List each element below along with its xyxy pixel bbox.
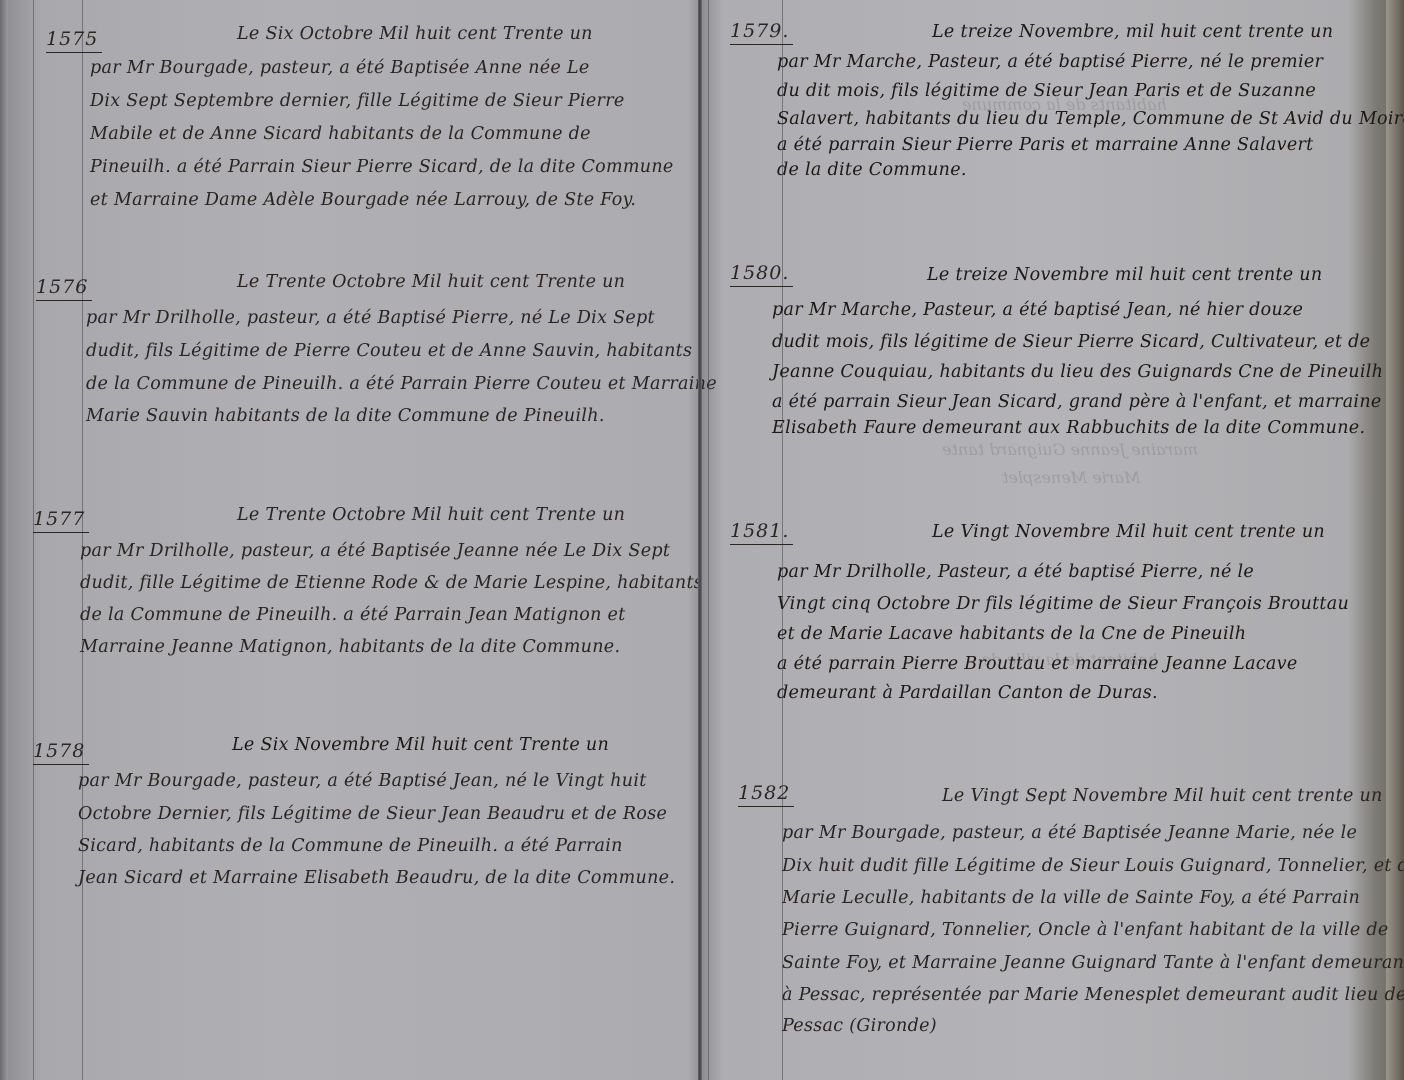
entry-line: Vingt cinq Octobre Dr fils légitime de S…	[777, 594, 1349, 614]
register-spread: 1575 Le Six Octobre Mil huit cent Trente…	[0, 0, 1404, 1080]
entry-line: dudit mois, fils légitime de Sieur Pierr…	[772, 332, 1370, 352]
entry-line: du dit mois, fils légitime de Sieur Jean…	[777, 81, 1316, 101]
left-inner-margin-rule	[82, 0, 83, 1080]
entry-line: a été parrain Pierre Brouttau et marrain…	[777, 654, 1298, 674]
entry-line: et de Marie Lacave habitants de la Cne d…	[777, 624, 1246, 644]
entry-line: Pierre Guignard, Tonnelier, Oncle à l'en…	[782, 920, 1389, 940]
entry-line: Le Trente Octobre Mil huit cent Trente u…	[237, 505, 625, 525]
bleed-through-text: maraine Jeanne Guignard tante	[942, 440, 1198, 459]
entry-line: par Mr Marche, Pasteur, a été baptisé Je…	[772, 300, 1303, 320]
entry-number: 1576	[36, 276, 92, 301]
entry-line: à Pessac, représentée par Marie Menesple…	[782, 985, 1404, 1005]
entry-line: Le Six Novembre Mil huit cent Trente un	[232, 735, 609, 755]
entry-line: Pineuilh. a été Parrain Sieur Pierre Sic…	[90, 157, 674, 177]
entry-line: par Mr Marche, Pasteur, a été baptisé Pi…	[777, 52, 1323, 72]
entry-line: dudit, fils Légitime de Pierre Couteu et…	[86, 341, 692, 361]
entry-number: 1581.	[730, 520, 793, 545]
entry-number: 1575	[46, 28, 102, 53]
entry-line: Le Trente Octobre Mil huit cent Trente u…	[237, 272, 625, 292]
entry-line: Elisabeth Faure demeurant aux Rabbuchits…	[772, 418, 1365, 438]
entry-line: a été parrain Sieur Jean Sicard, grand p…	[772, 392, 1382, 412]
entry-line: Octobre Dernier, fils Légitime de Sieur …	[78, 804, 667, 824]
entry-line: Jean Sicard et Marraine Elisabeth Beaudr…	[78, 868, 675, 888]
entry-number: 1577	[33, 508, 89, 533]
entry-line: par Mr Drilholle, pasteur, a été Baptisé…	[80, 541, 670, 561]
left-outer-margin-rule	[33, 0, 34, 1080]
entry-line: par Mr Bourgade, pasteur, a été Baptisé …	[78, 771, 647, 791]
entry-line: par Mr Bourgade, pasteur, a été Baptisée…	[90, 58, 590, 78]
entry-line: Le Six Octobre Mil huit cent Trente un	[237, 24, 593, 44]
entry-line: et Marraine Dame Adèle Bourgade née Larr…	[90, 190, 636, 210]
entry-line: Le Vingt Sept Novembre Mil huit cent tre…	[942, 786, 1383, 806]
entry-number: 1579.	[730, 20, 793, 45]
entry-line: Le treize Novembre, mil huit cent trente…	[932, 22, 1333, 42]
entry-line: Mabile et de Anne Sicard habitants de la…	[90, 124, 591, 144]
entry-line: de la Commune de Pineuilh. a été Parrain…	[86, 374, 717, 394]
entry-line: Marraine Jeanne Matignon, habitants de l…	[80, 637, 620, 657]
right-outer-margin-rule	[708, 0, 709, 1080]
entry-line: Dix Sept Septembre dernier, fille Légiti…	[90, 91, 625, 111]
entry-line: demeurant à Pardaillan Canton de Duras.	[777, 683, 1158, 703]
entry-line: par Mr Drilholle, pasteur, a été Baptisé…	[86, 308, 655, 328]
entry-line: Jeanne Couquiau, habitants du lieu des G…	[772, 362, 1383, 382]
entry-line: Dix huit dudit fille Légitime de Sieur L…	[782, 856, 1404, 876]
entry-line: par Mr Drilholle, Pasteur, a été baptisé…	[777, 562, 1254, 582]
bleed-through-text: Marie Menesplet	[1002, 468, 1140, 487]
entry-line: Sainte Foy, et Marraine Jeanne Guignard …	[782, 953, 1404, 973]
entry-line: Marie Sauvin habitants de la dite Commun…	[86, 406, 605, 426]
entry-line: Salavert, habitants du lieu du Temple, C…	[777, 109, 1404, 129]
left-page: 1575 Le Six Octobre Mil huit cent Trente…	[0, 0, 700, 1080]
entry-line: Pessac (Gironde)	[782, 1016, 937, 1036]
entry-line: Le Vingt Novembre Mil huit cent trente u…	[932, 522, 1325, 542]
entry-line: Le treize Novembre mil huit cent trente …	[927, 265, 1322, 285]
entry-line: de la dite Commune.	[777, 160, 967, 180]
entry-line: Marie Leculle, habitants de la ville de …	[782, 888, 1360, 908]
entry-line: Sicard, habitants de la Commune de Pineu…	[78, 836, 623, 856]
entry-number: 1580.	[730, 262, 793, 287]
entry-line: dudit, fille Légitime de Etienne Rode & …	[80, 573, 703, 593]
right-page: maraine Jeanne Guignard tante Marie Mene…	[702, 0, 1404, 1080]
entry-line: par Mr Bourgade, pasteur, a été Baptisée…	[782, 823, 1357, 843]
entry-line: de la Commune de Pineuilh. a été Parrain…	[80, 605, 626, 625]
entry-number: 1582	[738, 782, 794, 807]
entry-number: 1578	[33, 740, 89, 765]
entry-line: a été parrain Sieur Pierre Paris et marr…	[777, 135, 1314, 155]
